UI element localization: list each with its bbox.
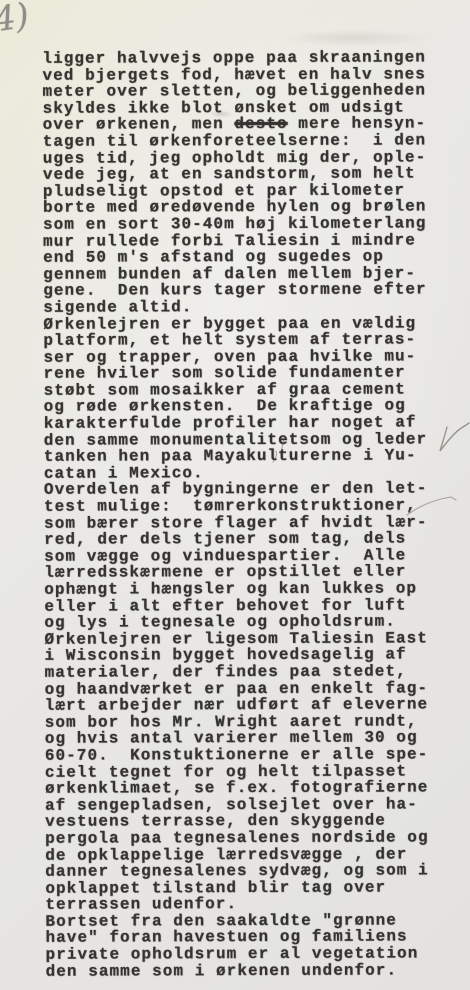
- struck-word: desto: [234, 115, 287, 133]
- typewritten-text: ligger halvvejs oppe paa skraaningen ved…: [42, 49, 465, 980]
- text-after-strike: mere hensyn- tagen til ørkenforeteelsern…: [43, 115, 429, 981]
- handwritten-page-number: 4): [0, 0, 32, 40]
- scanned-document-page: 4) ligger halvvejs oppe paa skraaningen …: [0, 0, 470, 990]
